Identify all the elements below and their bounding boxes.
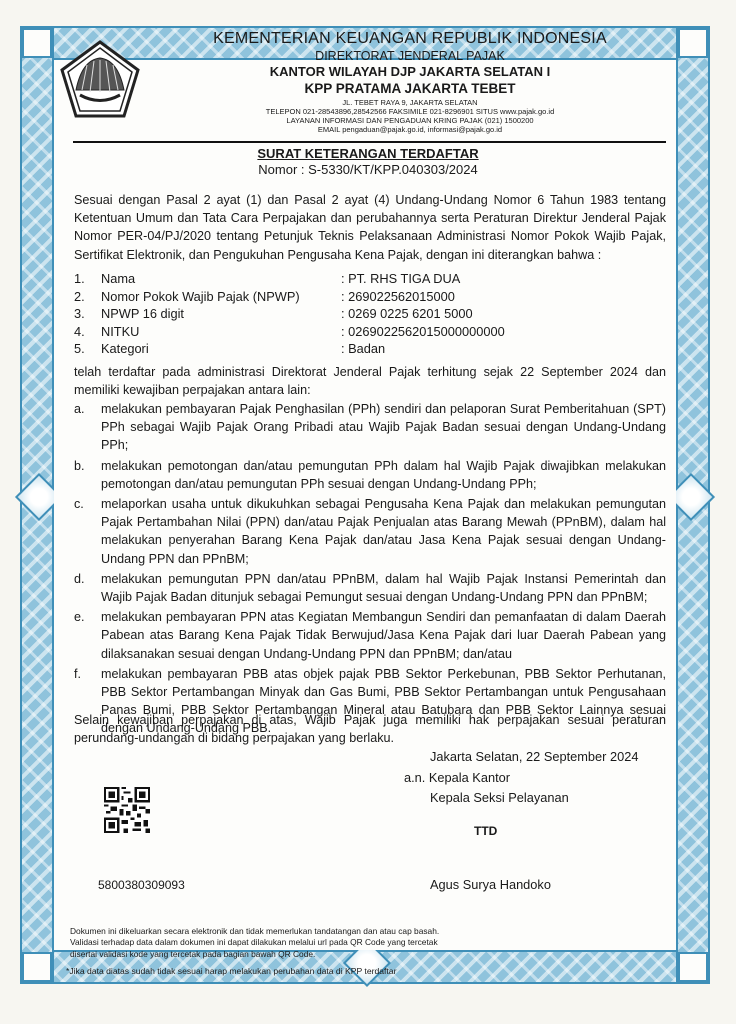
obligation-letter: a.	[74, 400, 101, 455]
footer-disclaimer: Dokumen ini dikeluarkan secara elektroni…	[70, 926, 570, 960]
field-value: : 269022562015000	[341, 288, 674, 306]
office-name: KPP PRATAMA JAKARTA TEBET	[140, 81, 680, 96]
field-number: 3.	[74, 305, 101, 323]
footer-line: Validasi terhadap data dalam dokumen ini…	[70, 937, 570, 948]
obligation-text: melakukan pembayaran Pajak Penghasilan (…	[101, 400, 666, 455]
border-corner	[678, 952, 708, 982]
field-label: Nama	[101, 270, 341, 288]
field-number: 5.	[74, 340, 101, 358]
header-divider	[73, 141, 666, 143]
taxpayer-details: 1. Nama : PT. RHS TIGA DUA 2. Nomor Poko…	[74, 270, 674, 358]
on-behalf-of: a.n. Kepala Kantor	[404, 768, 510, 789]
field-value: : 0269 0225 6201 5000	[341, 305, 674, 323]
border-corner	[678, 28, 708, 58]
obligation-letter: d.	[74, 570, 101, 606]
border-corner	[22, 28, 52, 58]
obligation-letter: e.	[74, 608, 101, 663]
obligation-text: melakukan pemotongan dan/atau pemungutan…	[101, 457, 666, 493]
field-row: 4. NITKU : 0269022562015000000000	[74, 323, 674, 341]
obligation-item: b. melakukan pemotongan dan/atau pemungu…	[74, 457, 666, 493]
footer-note: *Jika data diatas sudah tidak sesuai har…	[66, 966, 396, 976]
field-value: : PT. RHS TIGA DUA	[341, 270, 674, 288]
obligation-item: e. melakukan pembayaran PPN atas Kegiata…	[74, 608, 666, 663]
field-value: : 0269022562015000000000	[341, 323, 674, 341]
field-row: 3. NPWP 16 digit : 0269 0225 6201 5000	[74, 305, 674, 323]
obligation-item: a. melakukan pembayaran Pajak Penghasila…	[74, 400, 666, 455]
field-number: 2.	[74, 288, 101, 306]
obligation-text: melakukan pembayaran PPN atas Kegiatan M…	[101, 608, 666, 663]
field-label: Kategori	[101, 340, 341, 358]
rights-paragraph: Selain kewajiban perpajakan di atas, Waj…	[74, 711, 666, 747]
document-title: SURAT KETERANGAN TERDAFTAR	[0, 146, 736, 161]
place-date: Jakarta Selatan, 22 September 2024	[430, 747, 638, 768]
obligation-letter: c.	[74, 495, 101, 568]
ministry-emblem-icon	[60, 40, 140, 120]
field-row: 5. Kategori : Badan	[74, 340, 674, 358]
qr-code-icon[interactable]	[104, 787, 150, 833]
field-row: 2. Nomor Pokok Wajib Pajak (NPWP) : 2690…	[74, 288, 674, 306]
signature-placeholder: TTD	[474, 821, 497, 842]
ministry-name: KEMENTERIAN KEUANGAN REPUBLIK INDONESIA	[140, 30, 680, 48]
obligation-text: melaporkan usaha untuk dikukuhkan sebaga…	[101, 495, 666, 568]
obligation-letter: b.	[74, 457, 101, 493]
field-number: 4.	[74, 323, 101, 341]
signer-name: Agus Surya Handoko	[430, 875, 551, 896]
office-address: JL. TEBET RAYA 9, JAKARTA SELATAN	[140, 98, 680, 107]
intro-paragraph: Sesuai dengan Pasal 2 ayat (1) dan Pasal…	[74, 191, 666, 264]
obligation-item: d. melakukan pemungutan PPN dan/atau PPn…	[74, 570, 666, 606]
footer-line: Dokumen ini dikeluarkan secara elektroni…	[70, 926, 570, 937]
field-row: 1. Nama : PT. RHS TIGA DUA	[74, 270, 674, 288]
info-service: LAYANAN INFORMASI DAN PENGADUAN KRING PA…	[140, 116, 680, 125]
office-email: EMAIL pengaduan@pajak.go.id, informasi@p…	[140, 125, 680, 134]
footer-line: disertai validasi kode yang tercetak pad…	[70, 949, 570, 960]
registration-paragraph: telah terdaftar pada administrasi Direkt…	[74, 363, 666, 399]
field-label: NPWP 16 digit	[101, 305, 341, 323]
field-value: : Badan	[341, 340, 674, 358]
border-corner	[22, 952, 52, 982]
signature-block: Jakarta Selatan, 22 September 2024 a.n. …	[430, 747, 638, 768]
signer-position: Kepala Seksi Pelayanan	[430, 788, 569, 809]
obligation-item: c. melaporkan usaha untuk dikukuhkan seb…	[74, 495, 666, 568]
obligations-list: a. melakukan pembayaran Pajak Penghasila…	[74, 400, 666, 740]
regional-office-name: KANTOR WILAYAH DJP JAKARTA SELATAN I	[140, 64, 680, 79]
document-number: Nomor : S-5330/KT/KPP.040303/2024	[0, 162, 736, 177]
field-label: Nomor Pokok Wajib Pajak (NPWP)	[101, 288, 341, 306]
office-contact: TELEPON 021-28543896,28542566 FAKSIMILE …	[140, 107, 680, 116]
field-label: NITKU	[101, 323, 341, 341]
directorate-name: DIREKTORAT JENDERAL PAJAK	[140, 49, 680, 63]
obligation-text: melakukan pemungutan PPN dan/atau PPnBM,…	[101, 570, 666, 606]
validation-code: 5800380309093	[98, 878, 185, 892]
field-number: 1.	[74, 270, 101, 288]
